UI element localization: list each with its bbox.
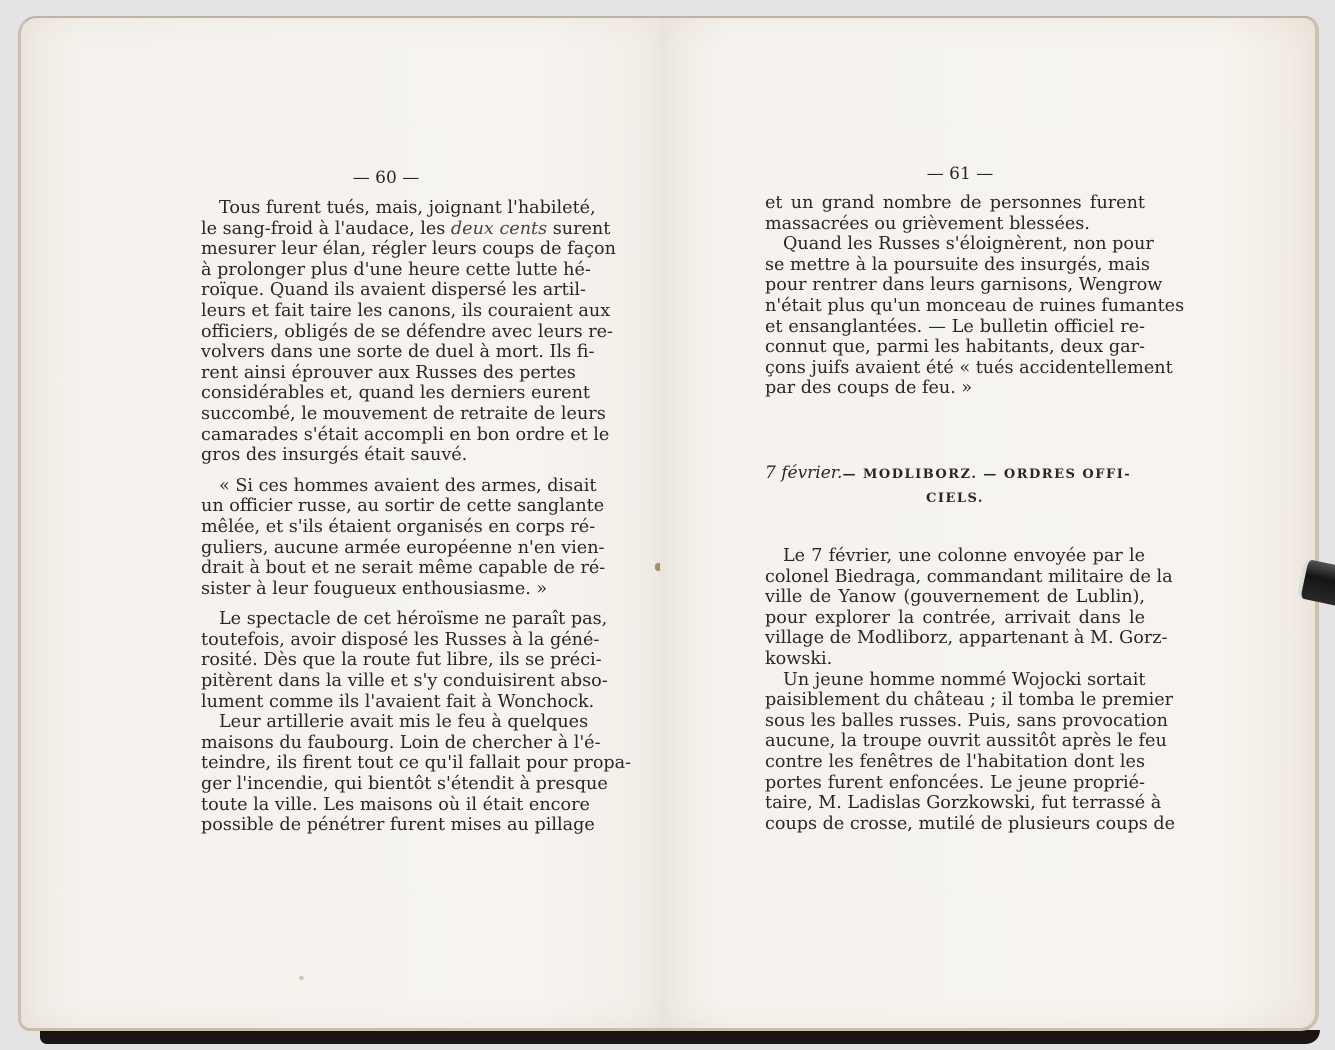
text-line: portes furent enfoncées. Le jeune propri…: [765, 773, 1145, 794]
text-line: possible de pénétrer furent mises au pil…: [201, 815, 571, 836]
paragraph: Un jeune homme nommé Wojocki sortait pai…: [765, 670, 1145, 835]
text-fragment: surent: [547, 219, 610, 239]
text-line: Le spectacle de cet héroïsme ne paraît p…: [201, 609, 571, 630]
text-line: camarades s'était accompli en bon ordre …: [201, 425, 571, 446]
text-line: kowski.: [765, 649, 1145, 670]
text-line: volvers dans une sorte de duel à mort. I…: [201, 342, 571, 363]
text-line: Leur artillerie avait mis le feu à quelq…: [201, 712, 571, 733]
text-line: n'était plus qu'un monceau de ruines fum…: [765, 296, 1145, 317]
right-page: — 61 — et un grand nombre de personnes f…: [660, 16, 1319, 1031]
section-heading: 7 février.— MODLIBORZ. — ORDRES OFFI- CI…: [765, 461, 1145, 511]
text-line: sister à leur fougueux enthousiasme. »: [201, 579, 571, 600]
text-line: rent ainsi éprouver aux Russes des perte…: [201, 363, 571, 384]
text-line: « Si ces hommes avaient des armes, disai…: [201, 476, 571, 497]
text-line: toute la ville. Les maisons où il était …: [201, 795, 571, 816]
heading-line-1: 7 février.— MODLIBORZ. — ORDRES OFFI-: [765, 461, 1145, 487]
text-line: aucune, la troupe ouvrit aussitôt après …: [765, 731, 1145, 752]
text-line: pour rentrer dans leurs garnisons, Wengr…: [765, 275, 1145, 296]
text-line: leurs et fait taire les canons, ils cour…: [201, 301, 571, 322]
text-line: taire, M. Ladislas Gorzkowski, fut terra…: [765, 793, 1145, 814]
text-line: contre les fenêtres de l'habitation dont…: [765, 752, 1145, 773]
text-line: à prolonger plus d'une heure cette lutte…: [201, 260, 571, 281]
right-page-text-top: et un grand nombre de personnes furent m…: [765, 193, 1145, 399]
text-line: succombé, le mouvement de retraite de le…: [201, 404, 571, 425]
text-line: çons juifs avaient été « tués accidentel…: [765, 358, 1145, 379]
text-line: roïque. Quand ils avaient dispersé les a…: [201, 280, 571, 301]
text-line: ger l'incendie, qui bientôt s'étendit à …: [201, 774, 571, 795]
paragraph: Le 7 février, une colonne envoyée par le…: [765, 546, 1145, 670]
heading-line-2: CIELS.: [765, 487, 1145, 511]
text-line: mesurer leur élan, régler leurs coups de…: [201, 239, 571, 260]
text-line: Le 7 février, une colonne envoyée par le: [765, 546, 1145, 567]
left-page-text: Tous furent tués, mais, joignant l'habil…: [201, 198, 571, 836]
text-line: pitèrent dans la ville et s'y conduisire…: [201, 671, 571, 692]
text-line: massacrées ou grièvement blessées.: [765, 214, 1145, 235]
text-line: et un grand nombre de personnes furent: [765, 193, 1145, 214]
text-line: connut que, parmi les habitants, deux ga…: [765, 337, 1145, 358]
paragraph: Leur artillerie avait mis le feu à quelq…: [201, 712, 571, 836]
paragraph: Le spectacle de cet héroïsme ne paraît p…: [201, 609, 571, 712]
text-line: ville de Yanow (gouvernement de Lublin),: [765, 587, 1145, 608]
text-line: village de Modliborz, appartenant à M. G…: [765, 628, 1145, 649]
text-line: Tous furent tués, mais, joignant l'habil…: [201, 198, 571, 219]
paragraph: Tous furent tués, mais, joignant l'habil…: [201, 198, 571, 466]
text-line: et ensanglantées. — Le bulletin officiel…: [765, 317, 1145, 338]
paper-speck: [299, 976, 304, 980]
heading-title: — MODLIBORZ. — ORDRES OFFI-: [842, 467, 1131, 482]
text-line: considérables et, quand les derniers eur…: [201, 383, 571, 404]
text-line: coups de crosse, mutilé de plusieurs cou…: [765, 814, 1145, 835]
paragraph: et un grand nombre de personnes furent m…: [765, 193, 1145, 234]
text-line: un officier russe, au sortir de cette sa…: [201, 496, 571, 517]
text-line: maisons du faubourg. Loin de chercher à …: [201, 733, 571, 754]
text-line: paisiblement du château ; il tomba le pr…: [765, 690, 1145, 711]
text-line: mêlée, et s'ils étaient organisés en cor…: [201, 517, 571, 538]
text-line: teindre, ils firent tout ce qu'il fallai…: [201, 753, 571, 774]
text-line: Un jeune homme nommé Wojocki sortait: [765, 670, 1145, 691]
text-line: guliers, aucune armée européenne n'en vi…: [201, 538, 571, 559]
text-fragment: le sang-froid à l'audace, les: [201, 219, 451, 239]
text-line: drait à bout et ne serait même capable d…: [201, 558, 571, 579]
text-line: sous les balles russes. Puis, sans provo…: [765, 711, 1145, 732]
open-book: — 60 — Tous furent tués, mais, joignant …: [10, 8, 1325, 1038]
text-line: se mettre à la poursuite des insurgés, m…: [765, 255, 1145, 276]
text-line: gros des insurgés était sauvé.: [201, 445, 571, 466]
italic-phrase: deux cents: [451, 219, 547, 239]
paragraph: Quand les Russes s'éloignèrent, non pour…: [765, 234, 1145, 399]
heading-date: 7 février.: [765, 463, 842, 483]
right-page-text-bottom: Le 7 février, une colonne envoyée par le…: [765, 546, 1145, 834]
page-number-61: — 61 —: [370, 164, 1335, 184]
text-line: pour explorer la contrée, arrivait dans …: [765, 608, 1145, 629]
text-line: officiers, obligés de se défendre avec l…: [201, 322, 571, 343]
text-line: lument comme ils l'avaient fait à Woncho…: [201, 692, 571, 713]
text-line: rosité. Dès que la route fut libre, ils …: [201, 650, 571, 671]
book-shadow: [40, 1030, 1320, 1044]
text-line: par des coups de feu. »: [765, 378, 1145, 399]
text-line: Quand les Russes s'éloignèrent, non pour: [765, 234, 1145, 255]
paragraph-quote: « Si ces hommes avaient des armes, disai…: [201, 476, 571, 600]
text-line: toutefois, avoir disposé les Russes à la…: [201, 630, 571, 651]
text-line: le sang-froid à l'audace, les deux cents…: [201, 219, 571, 240]
text-line: colonel Biedraga, commandant militaire d…: [765, 567, 1145, 588]
